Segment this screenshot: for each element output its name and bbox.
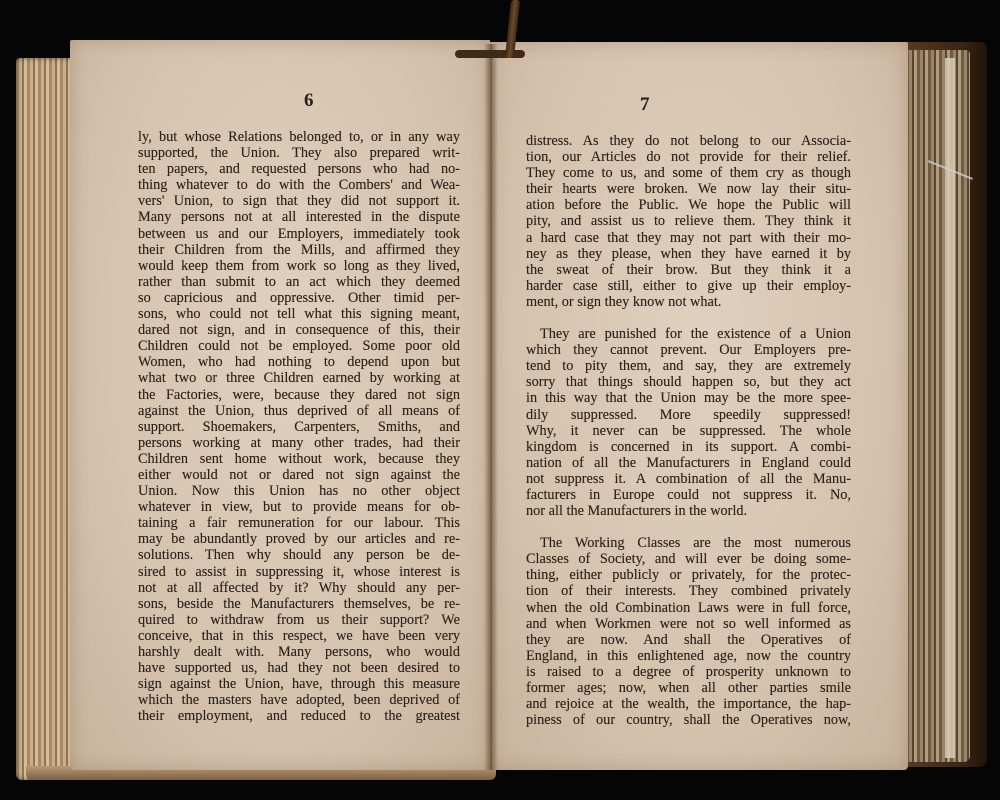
text-line: tend to pity them, and say, they are ext… (526, 358, 851, 374)
text-line: and when Workmen were not so well inform… (526, 616, 851, 632)
text-line: thing, either publicly or privately, for… (526, 567, 851, 583)
paragraph: ly, but whose Relations belonged to, or … (138, 129, 460, 724)
left-page: 6 ly, but whose Relations belonged to, o… (70, 40, 490, 770)
paragraph-gap (526, 519, 851, 535)
text-line: Women, who had nothing to depend upon bu… (138, 354, 460, 370)
left-page-text: ly, but whose Relations belonged to, or … (138, 129, 460, 724)
text-line: and rejoice at the wealth, the importanc… (526, 696, 851, 712)
text-line: vers' Union, to sign that they did not s… (138, 193, 460, 209)
text-line: Why, it never can be suppressed. The who… (526, 423, 851, 439)
text-line: what two or three Children earned by wor… (138, 370, 460, 386)
text-line: the Factories, were, because they dared … (138, 387, 460, 403)
text-line: persons working at many other trades, ha… (138, 435, 460, 451)
text-line: their Children from the Mills, and affir… (138, 242, 460, 258)
text-line: which they cannot prevent. Our Employers… (526, 342, 851, 358)
text-line: harshly dealt with. Many persons, who wo… (138, 644, 460, 660)
paragraph: They are punished for the existence of a… (526, 326, 851, 519)
text-line: dared not sign, and in consequence of th… (138, 322, 460, 338)
book-gutter (484, 44, 498, 770)
text-line: not at all affected by it? Why should an… (138, 580, 460, 596)
right-page-block-edge (906, 50, 970, 762)
text-line: conceive, that in this respect, we have … (138, 628, 460, 644)
text-line: between us and our Employers, immediatel… (138, 226, 460, 242)
text-line: quired to withdraw from us their support… (138, 612, 460, 628)
text-line: would keep them from work so long as the… (138, 258, 460, 274)
right-page-number: 7 (640, 94, 650, 116)
open-book: 6 ly, but whose Relations belonged to, o… (0, 0, 1000, 800)
right-page: 7 distress. As they do not belong to our… (490, 42, 908, 770)
text-line: ten papers, and requested persons who ha… (138, 161, 460, 177)
text-line: not suppress it. A combination of all th… (526, 471, 851, 487)
text-line: tion of their interests. They combined p… (526, 583, 851, 599)
text-line: Classes of Society, and will ever be doi… (526, 551, 851, 567)
right-page-text: distress. As they do not belong to our A… (526, 133, 851, 728)
text-line: harder case still, either to give up the… (526, 278, 851, 294)
text-line: rather than submit to an act which they … (138, 274, 460, 290)
text-line: sign against the Union, have, through th… (138, 676, 460, 692)
text-line: ation before the Public. We hope the Pub… (526, 197, 851, 213)
text-line: taining a fair remuneration for our labo… (138, 515, 460, 531)
text-line: Children could not be employed. Some poo… (138, 338, 460, 354)
text-line: ly, but whose Relations belonged to, or … (138, 129, 460, 145)
text-line: supported, the Union. They also prepared… (138, 145, 460, 161)
text-line: sons, beside the Manufacturers themselve… (138, 596, 460, 612)
text-line: the sweat of their brow. But they think … (526, 262, 851, 278)
text-line: dily suppressed. More speedily suppresse… (526, 407, 851, 423)
text-line: piness of our country, shall the Operati… (526, 712, 851, 728)
text-line: distress. As they do not belong to our A… (526, 133, 851, 149)
text-line: England, in this enlightened age, now th… (526, 648, 851, 664)
text-line: The Working Classes are the most numerou… (526, 535, 851, 551)
paragraph: The Working Classes are the most numerou… (526, 535, 851, 728)
text-line: They come to us, and some of them cry as… (526, 165, 851, 181)
text-line: have supported us, had they not been des… (138, 660, 460, 676)
text-line: so capricious and oppressive. Other timi… (138, 290, 460, 306)
text-line: facturers in Europe could not suppress i… (526, 487, 851, 503)
text-line: in this way that the Union may be the mo… (526, 390, 851, 406)
text-line: may be abundantly proved by our articles… (138, 531, 460, 547)
text-line: sons, who could not tell what this signi… (138, 306, 460, 322)
text-line: solutions. Then why should any person be… (138, 547, 460, 563)
text-line: tion, our Articles do not provide for th… (526, 149, 851, 165)
text-line: support. Shoemakers, Carpenters, Smiths,… (138, 419, 460, 435)
text-line: which the masters have adopted, been dep… (138, 692, 460, 708)
left-page-block-edge (16, 58, 74, 780)
text-line: against the Union, thus deprived of all … (138, 403, 460, 419)
text-line: Children sent home without work, because… (138, 451, 460, 467)
text-line: They are punished for the existence of a… (526, 326, 851, 342)
text-line: kingdom is concerned in its support. A c… (526, 439, 851, 455)
text-line: sired to assist in suppressing it, whose… (138, 564, 460, 580)
right-page-block-highlight (945, 58, 955, 758)
text-line: when the old Combination Laws were in fu… (526, 600, 851, 616)
text-line: nor all the Manufacturers in the world. (526, 503, 851, 519)
paragraph: distress. As they do not belong to our A… (526, 133, 851, 310)
text-line: Union. Now this Union has no other objec… (138, 483, 460, 499)
paragraph-gap (526, 310, 851, 326)
text-line: nation of all the Manufacturers in Engla… (526, 455, 851, 471)
text-line: sorry that things should happen so, but … (526, 374, 851, 390)
text-line: they are now. And shall the Operatives o… (526, 632, 851, 648)
left-page-number: 6 (304, 90, 314, 112)
text-line: is raised to a degree of prosperity unkn… (526, 664, 851, 680)
text-line: their employment, and reduced to the gre… (138, 708, 460, 724)
text-line: pity, and assist us to relieve them. The… (526, 213, 851, 229)
text-line: ney as they please, when they have earne… (526, 246, 851, 262)
text-line: either would not or dared not sign again… (138, 467, 460, 483)
text-line: ment, or sign they know not what. (526, 294, 851, 310)
text-line: former ages; now, when all other parties… (526, 680, 851, 696)
text-line: a hard case that they may not part with … (526, 230, 851, 246)
text-line: their hearts were broken. We now lay the… (526, 181, 851, 197)
text-line: thing whatever to do with the Combers' a… (138, 177, 460, 193)
text-line: whatever in view, but to provide means f… (138, 499, 460, 515)
text-line: Many persons not at all interested in th… (138, 209, 460, 225)
